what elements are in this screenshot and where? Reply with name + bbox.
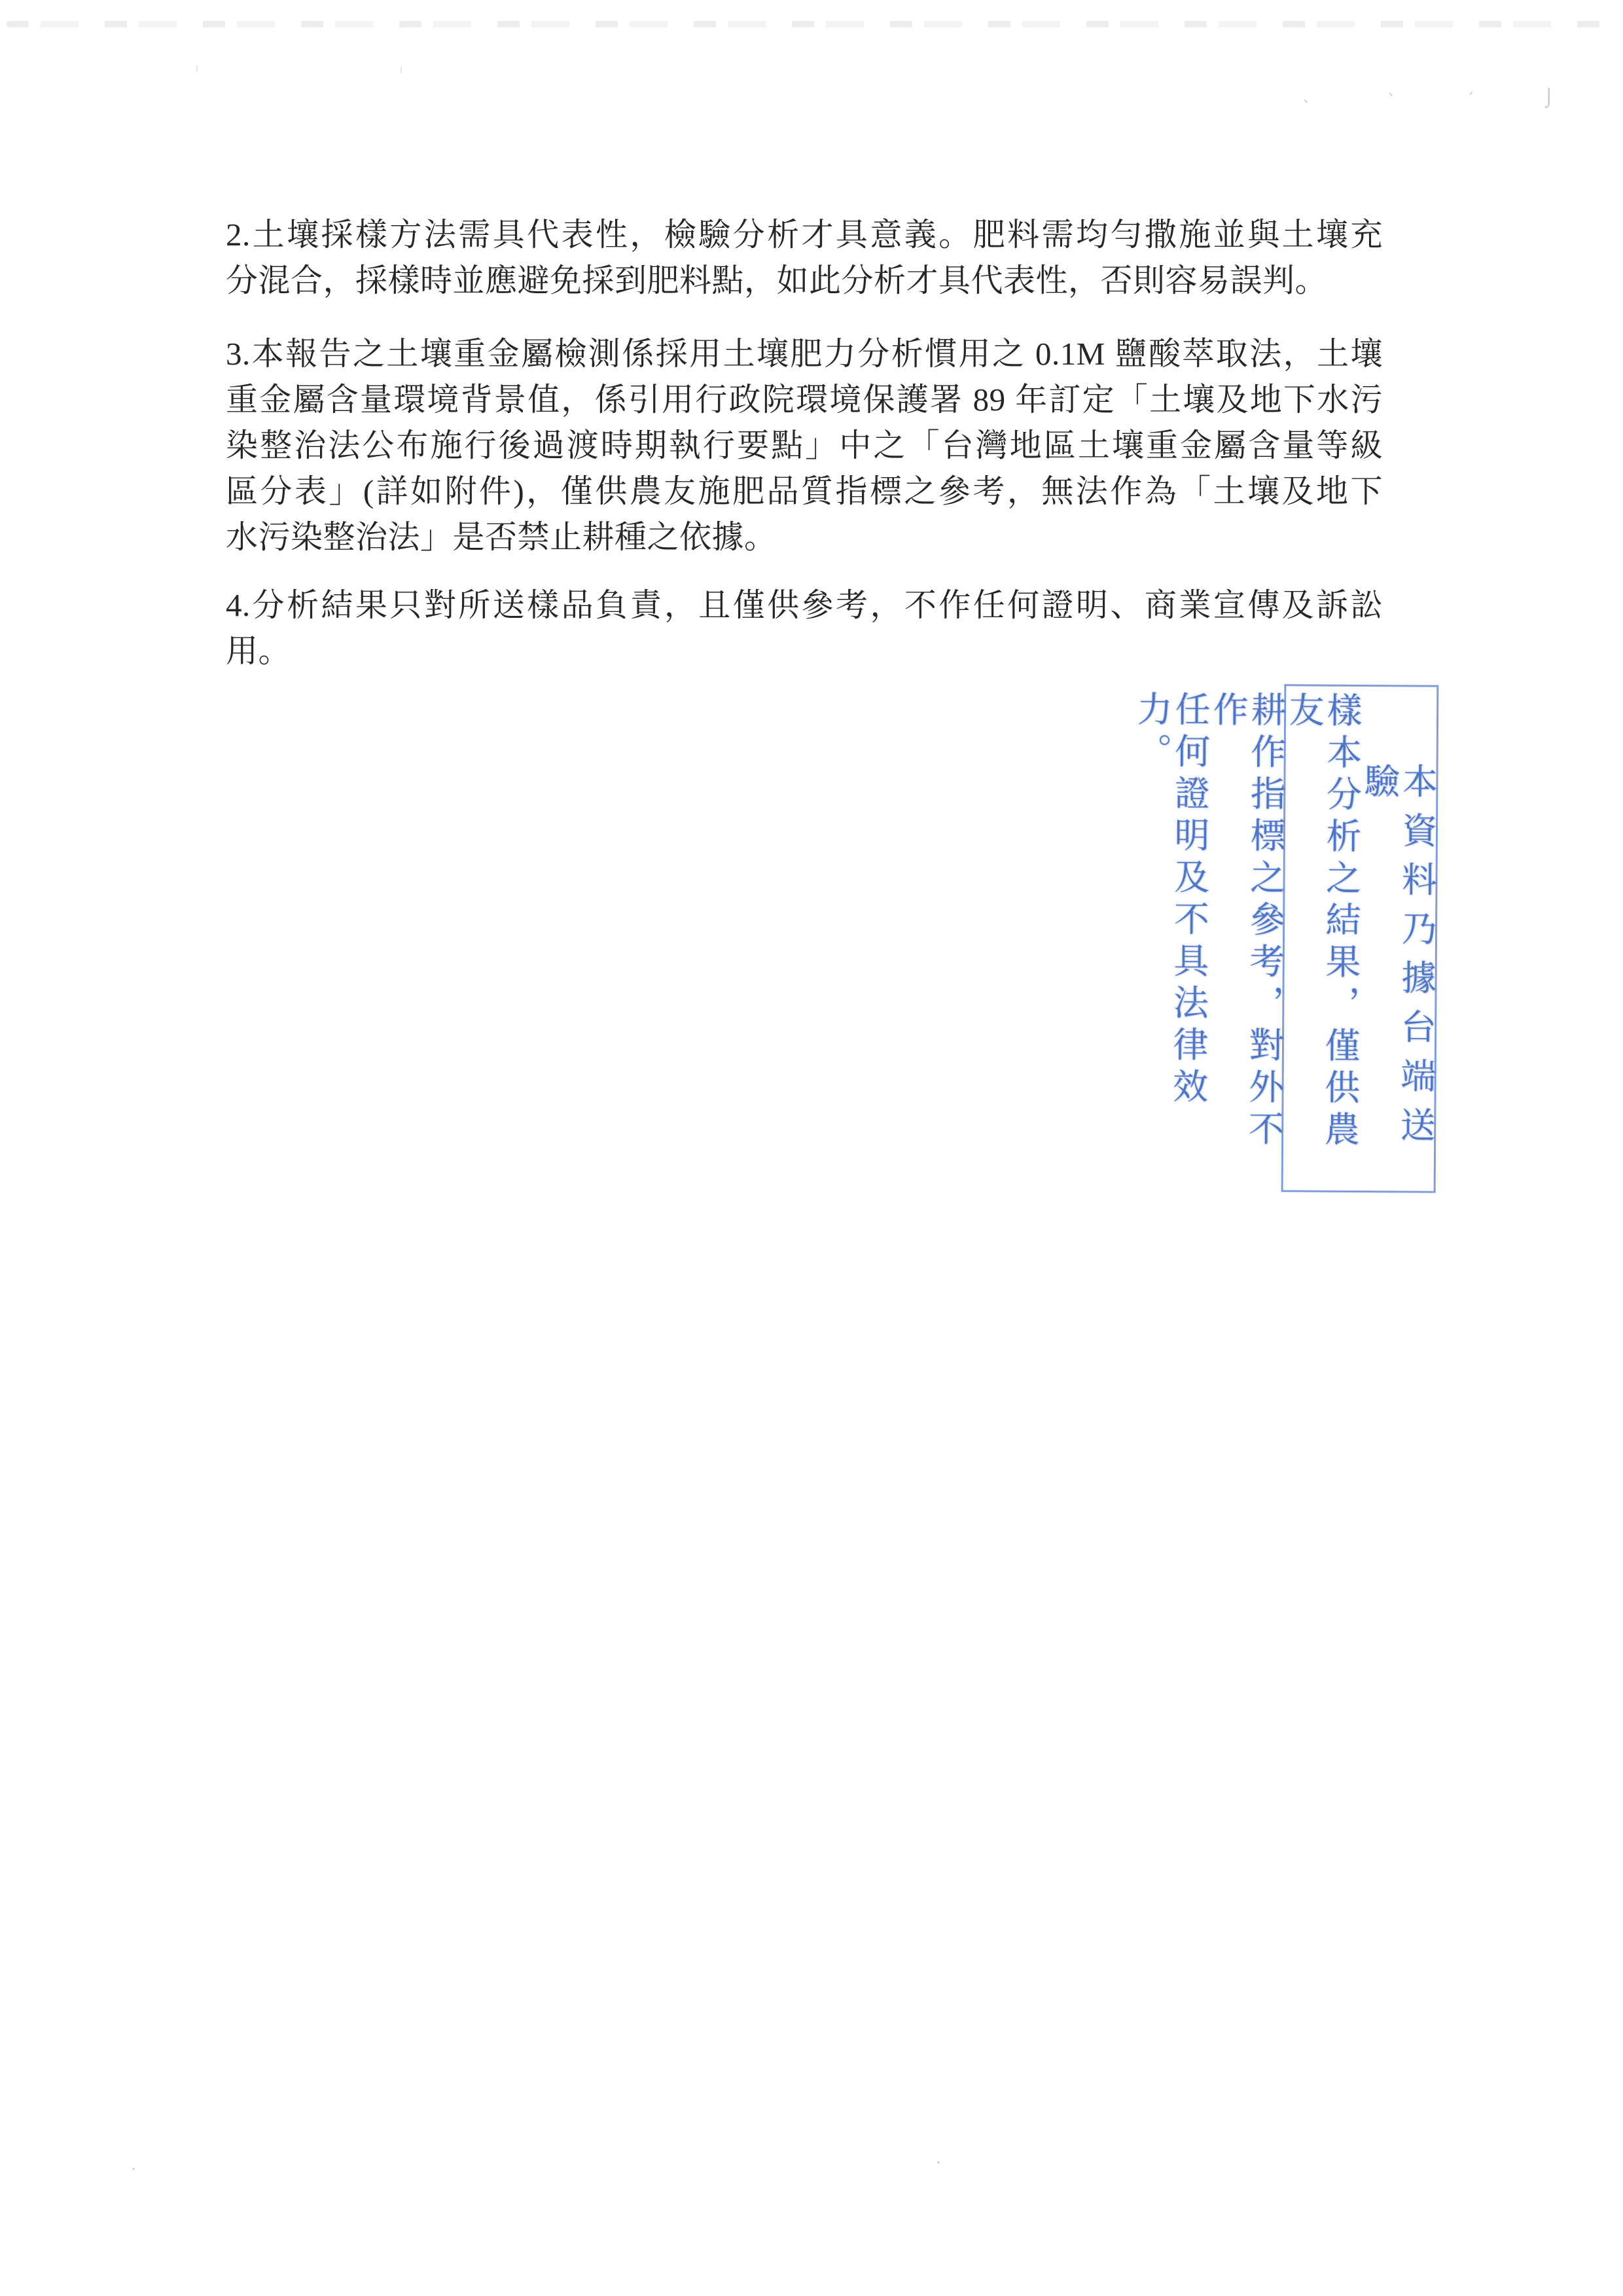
text-line: 重金屬含量環境背景值，係引用行政院環境保護署 89 年訂定「土壤及地下水污 — [226, 377, 1383, 423]
stamp-column: 樣本分析之結果，僅供農友 — [1282, 691, 1361, 1185]
scan-artifact: ` — [1302, 98, 1311, 118]
text-line: 3.本報告之土壤重金屬檢測係採用土壤肥力分析慣用之 0.1M 鹽酸萃取法，土壤 — [226, 331, 1383, 377]
scan-noise-strip — [7, 21, 1610, 27]
disclaimer-stamp: 本資料乃據台端送驗 樣本分析之結果，僅供農友 耕作指標之參考，對外不作 任何證明… — [1281, 684, 1439, 1193]
scanned-document-page: { "page": { "background_color": "#ffffff… — [0, 0, 1623, 2296]
text-line: 區分表」(詳如附件)，僅供農友施肥品質指標之參考，無法作為「土壤及地下 — [226, 469, 1383, 514]
scan-artifact: ˊ — [1466, 90, 1474, 110]
scan-artifact — [196, 65, 198, 72]
scan-artifact: · — [936, 2153, 941, 2173]
scan-artifact: · — [131, 2160, 136, 2179]
text-line: 4.分析結果只對所送樣品負責，且僅供參考，不作任何證明、商業宣傳及訴訟 — [226, 583, 1383, 628]
scan-artifact — [401, 67, 402, 73]
scan-artifact: ˋ — [1387, 92, 1396, 111]
text-line: 用。 — [226, 628, 1383, 674]
stamp-column: 耕作指標之參考，對外不作 — [1206, 691, 1285, 1185]
paragraph-4: 4.分析結果只對所送樣品負責，且僅供參考，不作任何證明、商業宣傳及訴訟 用。 — [226, 583, 1383, 674]
paragraph-2: 2.土壤採樣方法需具代表性，檢驗分析才具意義。肥料需均勻撒施並與土壤充 分混合，… — [226, 212, 1383, 304]
text-line: 分混合，採樣時並應避免採到肥料點，如此分析才具代表性，否則容易誤判。 — [226, 258, 1383, 304]
stamp-column: 本資料乃據台端送驗 — [1358, 692, 1437, 1186]
text-line: 水污染整治法」是否禁止耕種之依據。 — [226, 514, 1383, 560]
paragraph-3: 3.本報告之土壤重金屬檢測係採用土壤肥力分析慣用之 0.1M 鹽酸萃取法，土壤 … — [226, 331, 1383, 560]
text-line: 染整治法公布施行後過渡時期執行要點」中之「台灣地區土壤重金屬含量等級 — [226, 423, 1383, 469]
text-line: 2.土壤採樣方法需具代表性，檢驗分析才具意義。肥料需均勻撒施並與土壤充 — [226, 212, 1383, 258]
stamp-column: 任何證明及不具法律效力。 — [1130, 691, 1209, 1185]
scan-artifact: ⌡ — [1544, 89, 1554, 109]
